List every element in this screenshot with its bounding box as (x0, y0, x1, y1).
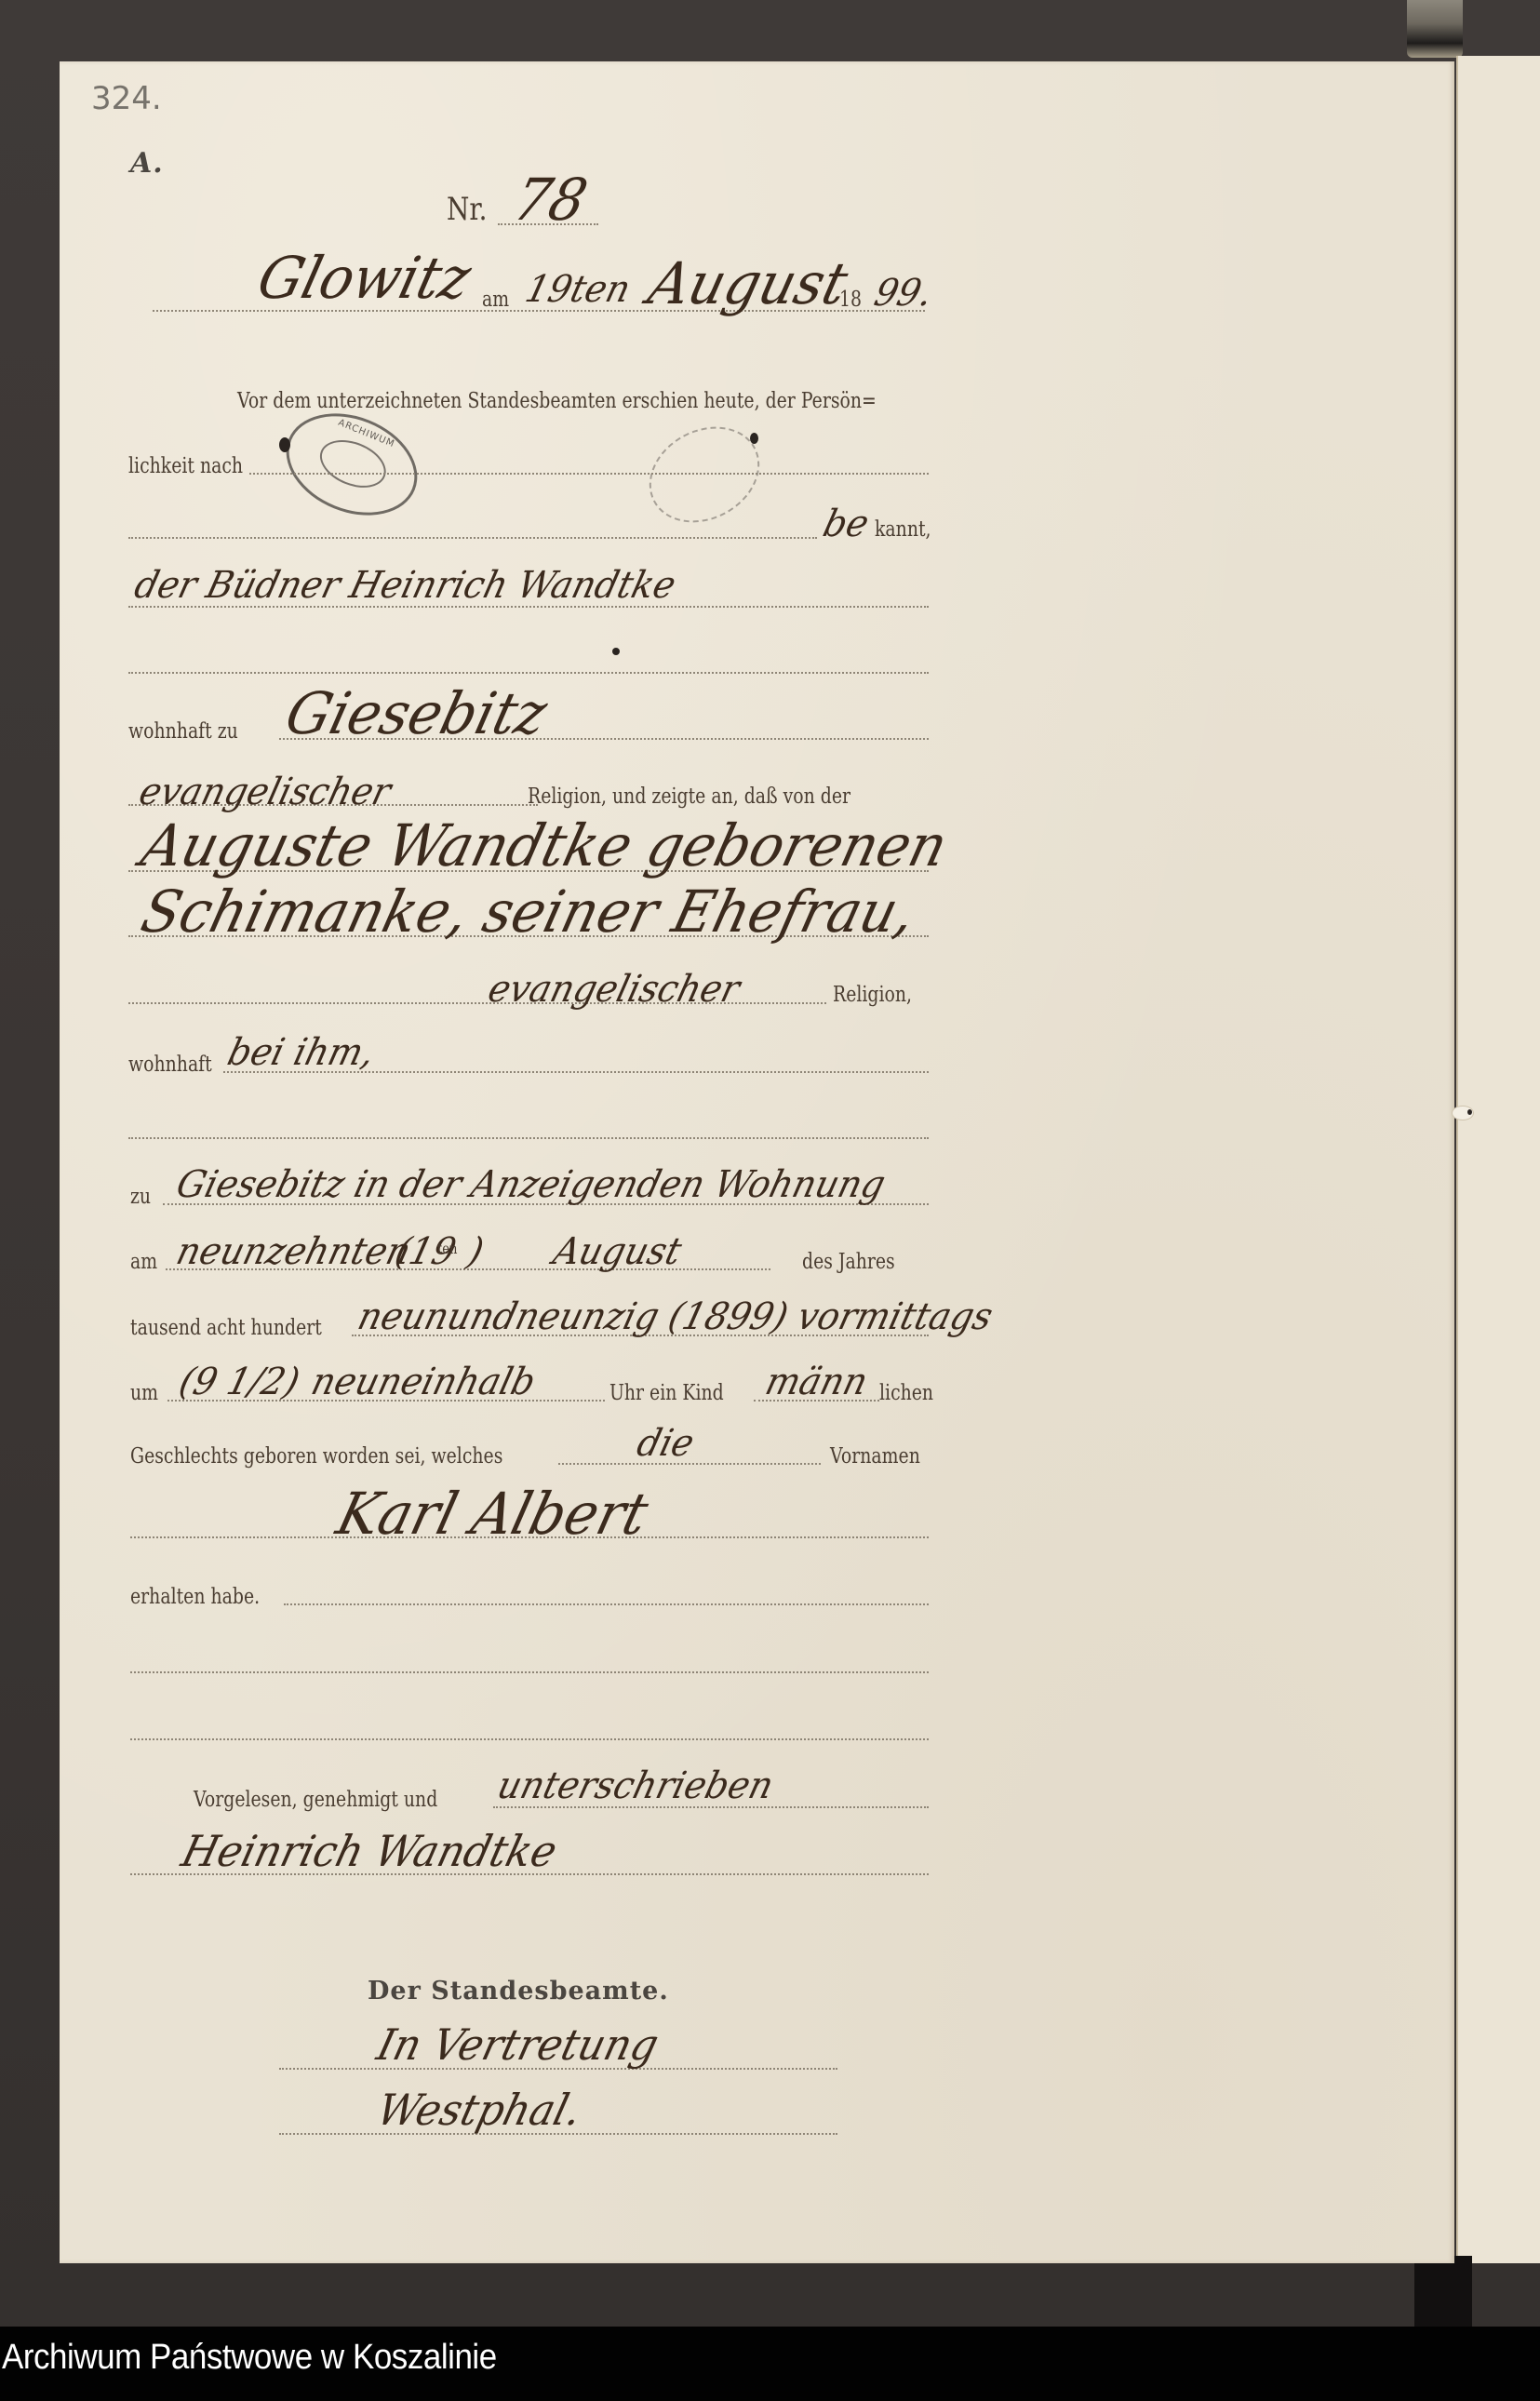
registration-month: August (642, 249, 854, 317)
registration-day: 19ten (521, 268, 635, 311)
mother-name-line-1: Auguste Wandtke geborenen (135, 812, 954, 879)
ink-dot (612, 648, 620, 655)
year-suffix: 99. (870, 272, 937, 315)
religion-text-1: Religion, und zeigte an, daß von der (528, 785, 850, 809)
birthdate-suffix: ten (437, 1240, 457, 1257)
known-suffix-label: kannt, (875, 517, 931, 542)
child-forenames: Karl Albert (330, 1480, 655, 1548)
binding-strap (1407, 0, 1463, 58)
binding-stitch-icon (1452, 1106, 1474, 1120)
child-sex: männ (761, 1361, 872, 1403)
birthplace-label: zu (130, 1185, 151, 1209)
dotted-line (128, 672, 929, 674)
registrar-signature-line-2: Westphal. (372, 2085, 587, 2135)
birthyear-label: tausend acht hundert (130, 1316, 322, 1340)
nr-label: Nr. (447, 191, 488, 228)
birthdate-label: am (130, 1250, 157, 1274)
mother-religion: evangelischer (484, 968, 744, 1011)
birthdate-month: August (549, 1230, 686, 1273)
residence-label: wohnhaft zu (128, 719, 238, 744)
mother-residence: bei ihm, (223, 1031, 379, 1074)
dotted-line (130, 1738, 929, 1740)
am-label: am (482, 288, 509, 312)
gender-article: die (633, 1422, 698, 1465)
dotted-line (128, 537, 817, 539)
birthtime-number: (9 1/2) (175, 1361, 304, 1403)
registrar-signature-line-1: In Vertretung (372, 2019, 663, 2070)
place-of-registration: Glowitz (251, 244, 478, 312)
dotted-line (249, 473, 929, 475)
birthdate-word: neunzehnten (172, 1230, 415, 1273)
ink-blot (279, 437, 290, 452)
informant-religion: evangelischer (135, 771, 395, 813)
intro-text: Vor dem unterzeichneten Standesbeamten e… (237, 389, 877, 413)
gender-label: Geschlechts geboren worden sei, welches (130, 1444, 502, 1469)
signed-word: unterschrieben (493, 1764, 778, 1807)
informant-name: der Büdner Heinrich Wandtke (130, 564, 680, 607)
registrar-title: Der Standesbeamte. (368, 1977, 669, 2005)
religion-text-2: Religion, (833, 983, 912, 1007)
dotted-line (128, 1137, 929, 1139)
register-letter: A. (130, 147, 164, 180)
forenames-label: Vornamen (830, 1444, 920, 1469)
read-approved-label: Vorgelesen, genehmigt und (194, 1788, 437, 1812)
mother-residence-label: wohnhaft (128, 1053, 212, 1077)
birthdate-year-label: des Jahres (802, 1250, 895, 1274)
adjacent-page (1456, 56, 1540, 2263)
archive-name: Archiwum Państwowe w Koszalinie (2, 2338, 497, 2378)
binding-shadow (1414, 2256, 1472, 2327)
informant-residence: Giesebitz (279, 679, 554, 747)
dotted-line (284, 1603, 929, 1605)
birthtime-uhr-label: Uhr ein Kind (609, 1381, 724, 1405)
known-prefix-label: lichkeit nach (128, 454, 243, 478)
folio-number: 324. (91, 80, 162, 117)
dotted-line (130, 1671, 929, 1673)
birthtime-word: neuneinhalb (307, 1361, 540, 1403)
birthtime-label: um (130, 1381, 158, 1405)
birthplace: Giesebitz in der Anzeigenden Wohnung (172, 1163, 890, 1206)
informant-signature: Heinrich Wandtke (177, 1826, 562, 1876)
archive-footer-band: Archiwum Państwowe w Koszalinie (0, 2327, 1540, 2401)
sex-suffix: lichen (879, 1381, 933, 1405)
year-prefix: 18 (839, 288, 862, 312)
dotted-line (558, 1463, 821, 1465)
birthyear: neunundneunzig (1899) vormittags (354, 1295, 997, 1338)
ink-blot (750, 433, 758, 444)
received-label: erhalten habe. (130, 1585, 260, 1609)
mother-name-line-2: Schimanke, seiner Ehefrau, (135, 878, 922, 946)
